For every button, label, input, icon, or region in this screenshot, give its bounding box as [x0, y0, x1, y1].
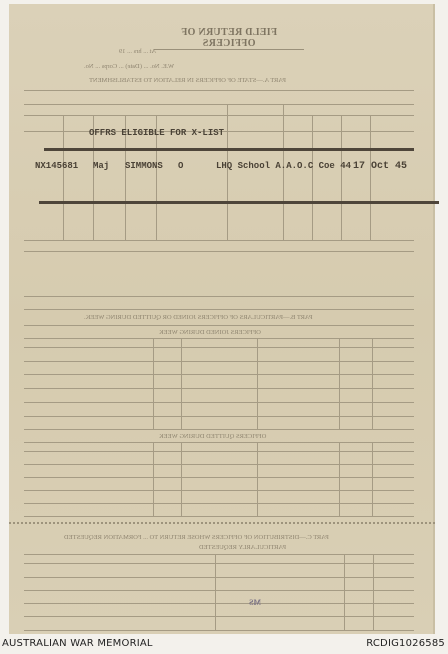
divider: [24, 388, 414, 389]
officer-rank: Maj: [93, 161, 109, 171]
divider: [24, 442, 414, 443]
grid-line: [181, 442, 182, 516]
header-line-2: W.E. No. ... (Date) ... Corps ... No.: [84, 63, 174, 70]
divider: [24, 563, 414, 564]
grid-line: [153, 442, 154, 516]
grid-line: [344, 554, 345, 630]
grid-line: [63, 115, 64, 240]
divider: [24, 464, 414, 465]
divider: [24, 577, 414, 578]
grid-line: [283, 104, 284, 240]
divider: [24, 296, 414, 297]
grid-line: [153, 338, 154, 429]
grid-line: [227, 104, 228, 240]
divider: [24, 104, 414, 105]
header-line-3: PART A.—STATE OF OFFICERS IN RELATION TO…: [89, 77, 286, 84]
officer-number: NX145681: [35, 161, 78, 171]
strike-line: [39, 201, 439, 204]
footer-institution: AUSTRALIAN WAR MEMORIAL: [2, 638, 153, 649]
divider: [24, 347, 414, 348]
ms-stamp: MS: [249, 598, 261, 607]
grid-line: [373, 554, 374, 630]
grid-line: [312, 115, 313, 240]
divider: [24, 309, 414, 310]
grid-line: [257, 338, 258, 429]
divider: [24, 451, 414, 452]
officer-detail: LHQ School A.A.O.C Coe 44: [216, 161, 351, 171]
joined-title: OFFICERS JOINED DURING WEEK: [159, 329, 261, 336]
divider: [24, 90, 414, 91]
divider: [24, 516, 414, 517]
part-c-subtitle: PARTICULARLY REQUESTED: [199, 544, 286, 551]
grid-line: [339, 338, 340, 429]
footer-catalog-id: RCDIG1026585: [366, 638, 445, 649]
divider: [24, 416, 414, 417]
officer-date: 17 Oct 45: [353, 161, 407, 172]
officer-code: O: [178, 161, 183, 171]
divider: [24, 374, 414, 375]
divider: [24, 240, 414, 241]
divider: [24, 603, 414, 604]
title-text: FIELD RETURN OF OFFICERS: [154, 27, 304, 49]
officer-name: SIMMONS: [125, 161, 163, 171]
grid-line: [215, 554, 216, 630]
divider: [24, 338, 414, 339]
quitted-title: OFFICERS QUITTED DURING WEEK: [159, 433, 266, 440]
part-b-title: PART B.—PARTICULARS OF OFFICERS JOINED O…: [84, 314, 313, 321]
document-title: FIELD RETURN OF OFFICERS: [154, 27, 304, 50]
divider: [24, 325, 414, 326]
divider: [24, 477, 414, 478]
divider: [24, 630, 414, 631]
divider: [24, 115, 414, 116]
divider: [24, 251, 414, 252]
divider: [24, 402, 414, 403]
divider: [24, 429, 414, 430]
document-sheet: FIELD RETURN OF OFFICERS At ... hrs ... …: [9, 4, 435, 634]
perforation-line: [9, 522, 435, 524]
divider: [24, 361, 414, 362]
grid-line: [257, 442, 258, 516]
part-c-title: PART C.—DISTRIBUTION OF OFFICERS WHOSE R…: [64, 534, 329, 541]
grid-line: [372, 442, 373, 516]
grid-line: [341, 115, 342, 240]
grid-line: [339, 442, 340, 516]
banner-eligible-x-list: OFFRS ELIGIBLE FOR X-LIST: [89, 128, 224, 138]
divider: [24, 503, 414, 504]
grid-line: [181, 338, 182, 429]
strike-line: [44, 148, 414, 151]
header-line-1: At ... hrs ... 19: [119, 48, 156, 55]
divider: [24, 554, 414, 555]
divider: [24, 590, 414, 591]
divider: [24, 616, 414, 617]
grid-line: [372, 338, 373, 429]
divider: [24, 490, 414, 491]
grid-line: [370, 115, 371, 240]
